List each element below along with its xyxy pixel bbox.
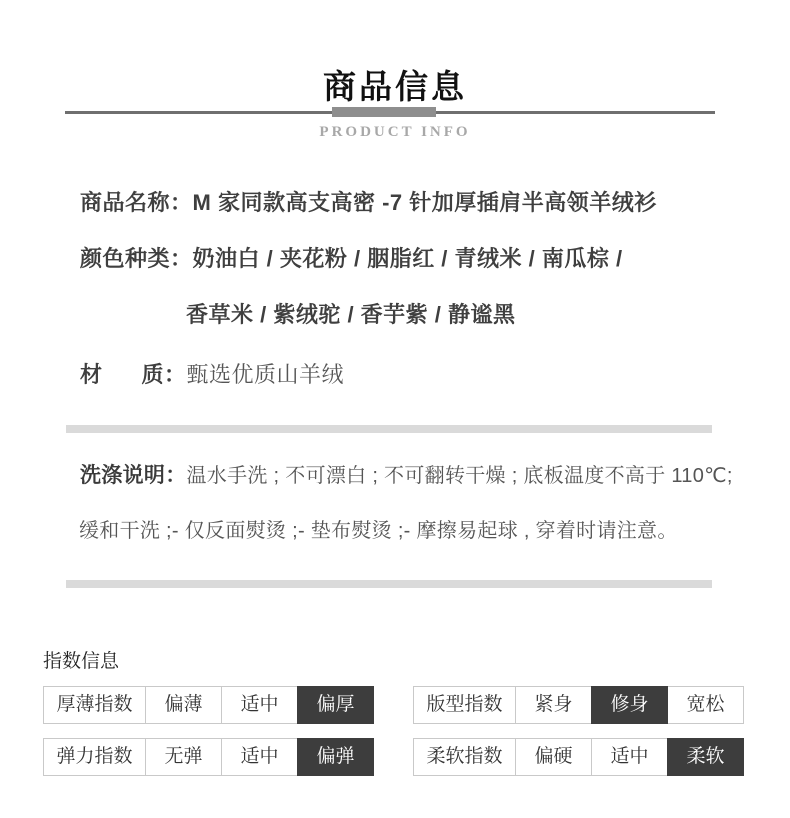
color-types-line2: 香草米 / 紫绒驼 / 香芋紫 / 静谧黑 xyxy=(186,302,516,327)
page-subtitle: PRODUCT INFO xyxy=(0,124,790,141)
color-types-row: 颜色种类：奶油白 / 夹花粉 / 胭脂红 / 青绒米 / 南瓜棕 / xyxy=(80,242,623,273)
thickness-option-thick-selected: 偏厚 xyxy=(297,686,374,724)
washing-instructions-line1: 洗涤说明：温水手洗 ; 不可漂白 ; 不可翻转干燥 ; 底板温度不高于 110℃… xyxy=(80,459,733,489)
page-title: 商品信息 xyxy=(0,61,790,108)
material-row: 材质：甄选优质山羊绒 xyxy=(80,358,344,389)
softness-option-hard: 偏硬 xyxy=(515,738,592,776)
material-value: 甄选优质山羊绒 xyxy=(187,362,345,387)
elasticity-index-row: 弹力指数 无弹 适中 偏弹 xyxy=(43,738,374,776)
product-name-label: 商品名称： xyxy=(80,190,193,215)
fit-index-row: 版型指数 紧身 修身 宽松 xyxy=(413,686,744,724)
product-name-row: 商品名称：M 家同款高支高密 -7 针加厚插肩半高领羊绒衫 xyxy=(80,186,657,217)
color-types-line1: 奶油白 / 夹花粉 / 胭脂红 / 青绒米 / 南瓜棕 / xyxy=(193,246,623,271)
washing-label: 洗涤说明： xyxy=(80,464,187,487)
softness-option-medium: 适中 xyxy=(591,738,668,776)
fit-option-slim-selected: 修身 xyxy=(591,686,668,724)
elasticity-option-medium: 适中 xyxy=(221,738,298,776)
elasticity-option-elastic-selected: 偏弹 xyxy=(297,738,374,776)
washing-instructions-line2: 缓和干洗 ;- 仅反面熨烫 ;- 垫布熨烫 ;- 摩擦易起球 , 穿着时请注意。 xyxy=(79,514,678,543)
washing-line2-text: 缓和干洗 ;- 仅反面熨烫 ;- 垫布熨烫 ;- 摩擦易起球 , 穿着时请注意。 xyxy=(79,520,678,542)
title-divider-center-bar xyxy=(332,107,436,117)
elasticity-index-label: 弹力指数 xyxy=(43,738,146,776)
material-label: 材质 xyxy=(80,358,164,389)
color-types-label: 颜色种类： xyxy=(80,246,193,271)
washing-line1-text: 温水手洗 ; 不可漂白 ; 不可翻转干燥 ; 底板温度不高于 110℃; xyxy=(187,465,733,487)
product-name-value: M 家同款高支高密 -7 针加厚插肩半高领羊绒衫 xyxy=(193,190,657,215)
washing-section-bottom-bar xyxy=(66,580,712,588)
softness-index-row: 柔软指数 偏硬 适中 柔软 xyxy=(413,738,744,776)
thickness-option-medium: 适中 xyxy=(221,686,298,724)
thickness-index-label: 厚薄指数 xyxy=(43,686,146,724)
index-info-heading: 指数信息 xyxy=(43,646,119,673)
material-colon: ： xyxy=(164,362,187,387)
fit-option-tight: 紧身 xyxy=(515,686,592,724)
fit-option-loose: 宽松 xyxy=(667,686,744,724)
thickness-index-row: 厚薄指数 偏薄 适中 偏厚 xyxy=(43,686,374,724)
elasticity-option-none: 无弹 xyxy=(145,738,222,776)
softness-index-label: 柔软指数 xyxy=(413,738,516,776)
softness-option-soft-selected: 柔软 xyxy=(667,738,744,776)
color-types-row-continued: 香草米 / 紫绒驼 / 香芋紫 / 静谧黑 xyxy=(186,298,516,329)
product-info-page: 商品信息 PRODUCT INFO 商品名称：M 家同款高支高密 -7 针加厚插… xyxy=(0,0,790,818)
index-table-right: 版型指数 紧身 修身 宽松 柔软指数 偏硬 适中 柔软 xyxy=(413,686,744,790)
index-table-left: 厚薄指数 偏薄 适中 偏厚 弹力指数 无弹 适中 偏弹 xyxy=(43,686,374,790)
washing-section-top-bar xyxy=(66,425,712,433)
fit-index-label: 版型指数 xyxy=(413,686,516,724)
thickness-option-thin: 偏薄 xyxy=(145,686,222,724)
